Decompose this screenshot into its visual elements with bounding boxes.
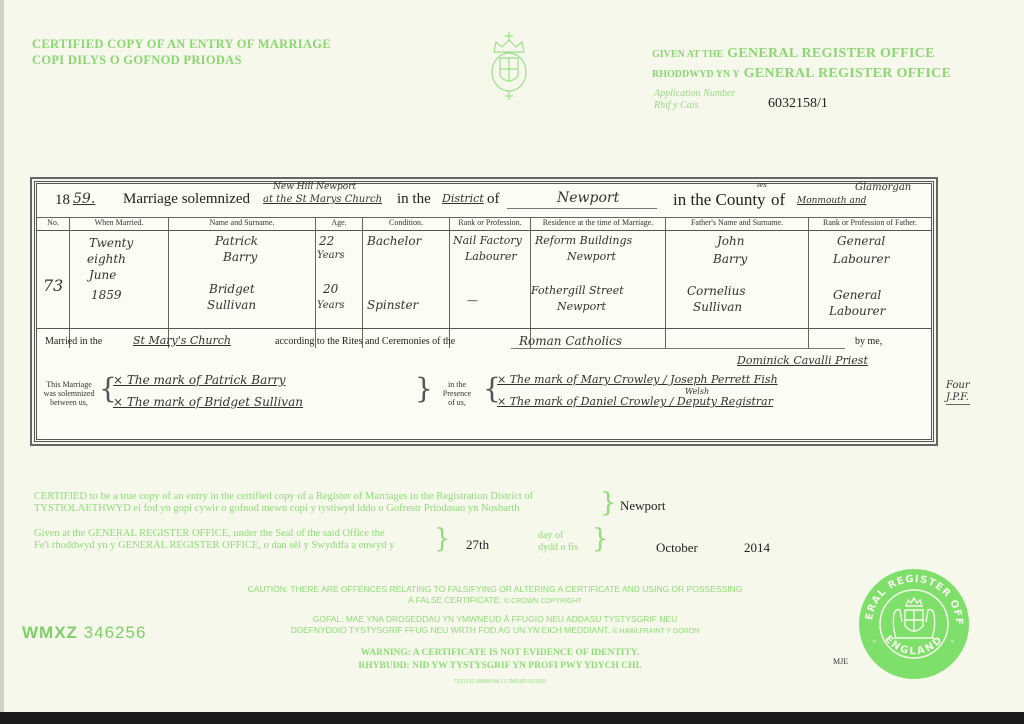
bride-residence-1: Fothergill Street xyxy=(531,284,624,297)
label-line: was solemnized xyxy=(39,389,99,398)
margin-note-line: Four xyxy=(946,380,970,392)
bride-name-2: Sullivan xyxy=(207,298,256,312)
label-line: in the xyxy=(433,380,481,389)
certified-statement: CERTIFIED to be a true copy of an entry … xyxy=(34,491,533,515)
certified-en: CERTIFIED to be a true copy of an entry … xyxy=(34,491,533,503)
certificate-serial: WMXZ 346256 xyxy=(22,623,146,643)
year-prefix: 18 xyxy=(55,192,70,209)
when-married-3: June xyxy=(89,268,116,282)
col-no: No. xyxy=(37,218,69,231)
svg-text:×: × xyxy=(872,637,877,646)
label-line: This Marriage xyxy=(39,380,99,389)
scan-bottom-edge xyxy=(0,712,1024,724)
entry-number: 73 xyxy=(43,276,63,295)
day-of-label: day of dydd o fis xyxy=(538,530,578,554)
caution-line-1: CAUTION: THERE ARE OFFENCES RELATING TO … xyxy=(180,584,810,595)
groom-father-profession-2: Labourer xyxy=(833,252,889,266)
given-en: Given at the GENERAL REGISTER OFFICE, un… xyxy=(34,528,395,540)
bride-residence-2: Newport xyxy=(557,300,606,313)
general-register-office-seal-icon: GENERAL REGISTER OFFICE ENGLAND × × xyxy=(858,568,970,680)
married-in-label: Married in the xyxy=(45,336,102,347)
col-name: Name and Surname. xyxy=(169,218,315,231)
groom-condition: Bachelor xyxy=(367,234,421,248)
bride-profession: — xyxy=(467,294,478,307)
place-line-1: New Hill Newport xyxy=(273,182,356,192)
print-codes: 7231132 69980 04/13 3MSSD 033293 xyxy=(290,679,710,685)
application-number-label-cy: Rhif y Cais xyxy=(654,100,735,112)
warning-cy: RHYBUDD: NID YW TYSTYSGRIF YN PROFI PWY … xyxy=(290,660,710,673)
warning-en: WARNING: A CERTIFICATE IS NOT EVIDENCE O… xyxy=(290,647,710,660)
scan-edge xyxy=(0,0,4,712)
application-number: 6032158/1 xyxy=(768,96,828,112)
day-of-cy: dydd o fis xyxy=(538,542,578,554)
gofal-line-2: DDEFNYDDIO TYSTYSGRIF FFUG NEU WRTH FOD … xyxy=(291,625,610,635)
bride-father-2: Sullivan xyxy=(693,300,742,314)
margin-note-line: J.P.F. xyxy=(946,392,970,405)
issue-day: 27th xyxy=(466,537,489,553)
royal-crest-icon xyxy=(482,30,536,104)
bride-name-1: Bridget xyxy=(209,282,255,296)
groom-age: 22 xyxy=(319,234,334,248)
in-the-label: in the xyxy=(397,191,431,208)
identity-warning: WARNING: A CERTIFICATE IS NOT EVIDENCE O… xyxy=(290,647,710,673)
brace: } xyxy=(434,524,451,554)
married-in-value: St Mary's Church xyxy=(133,334,231,347)
district-word: District xyxy=(442,192,484,205)
witness-2: × The mark of Daniel Crowley / Deputy Re… xyxy=(497,395,773,408)
place-line-2: at the St Marys Church xyxy=(263,194,382,205)
application-number-label-en: Application Number xyxy=(654,88,735,100)
serial-number: 346256 xyxy=(84,623,147,642)
groom-age-unit: Years xyxy=(317,250,345,261)
title-welsh: COPI DILYS O GOFNOD PRIODAS xyxy=(32,52,331,68)
groom-father-1: John xyxy=(717,234,745,248)
groom-father-profession-1: General xyxy=(837,234,885,248)
margin-note: Four J.P.F. xyxy=(946,380,970,405)
certificate-page: CERTIFIED COPY OF AN ENTRY OF MARRIAGE C… xyxy=(0,0,1024,712)
when-married-4: 1859 xyxy=(91,288,122,302)
caution-notice: CAUTION: THERE ARE OFFENCES RELATING TO … xyxy=(180,584,810,607)
issue-month: October xyxy=(656,540,698,556)
brace: } xyxy=(592,524,609,554)
hawlfraint: © HAWLFRAINT Y GORON xyxy=(612,628,699,635)
col-rank: Rank or Profession. xyxy=(450,218,530,231)
certified-cy: TYSTIOLAETHWYD ei fod yn gopi cywir o go… xyxy=(34,503,533,515)
bride-father-1: Cornelius xyxy=(687,284,746,298)
brace: } xyxy=(600,488,617,518)
bride-age-unit: Years xyxy=(317,300,345,311)
party-groom-mark: × The mark of Patrick Barry xyxy=(113,373,285,387)
label-line: of us, xyxy=(433,398,481,407)
issuing-office: GIVEN AT THE GENERAL REGISTER OFFICE RHO… xyxy=(652,44,951,84)
of-label: of xyxy=(487,191,500,208)
by-me-label: by me, xyxy=(855,336,882,347)
register-entry: 18 59. Marriage solemnized New Hill Newp… xyxy=(34,181,934,442)
witness-1: × The mark of Mary Crowley / Joseph Perr… xyxy=(497,373,778,386)
year-suffix: 59. xyxy=(73,191,95,207)
groom-father-2: Barry xyxy=(713,252,747,266)
groom-profession-2: Labourer xyxy=(465,250,517,263)
district-value: Newport xyxy=(557,190,619,206)
rites-value: Roman Catholics xyxy=(519,334,622,348)
row-bottom-rule xyxy=(37,328,931,329)
rites-underline xyxy=(511,348,845,349)
party-bride-mark: × The mark of Bridget Sullivan xyxy=(113,395,303,409)
bride-father-profession-2: Labourer xyxy=(829,304,885,318)
crown-copyright: © CROWN COPYRIGHT xyxy=(504,598,582,605)
bride-age: 20 xyxy=(323,282,338,296)
office-name-welsh: GENERAL REGISTER OFFICE xyxy=(744,66,952,81)
day-of-en: day of xyxy=(538,530,578,542)
groom-profession-1: Nail Factory xyxy=(453,234,522,247)
officiant: Dominick Cavalli Priest xyxy=(737,354,868,367)
registrar-initials: MJE xyxy=(833,657,848,666)
bride-father-profession-1: General xyxy=(833,288,881,302)
caution-notice-welsh: GOFAL: MAE YNA DROSEDDAU YN YMWNEUD Â FF… xyxy=(180,614,810,637)
serial-prefix: WMXZ xyxy=(22,623,78,642)
county-superscript: ies xyxy=(757,181,767,189)
district-underline xyxy=(507,208,657,209)
col-condition: Condition. xyxy=(363,218,449,231)
presence-label: in the Presence of us, xyxy=(433,380,481,407)
county-label: in the County xyxy=(673,190,766,210)
bride-condition: Spinster xyxy=(367,298,418,312)
application-number-label: Application Number Rhif y Cais xyxy=(654,88,735,112)
caution-line-2: A FALSE CERTIFICATE. xyxy=(408,595,502,605)
when-married-1: Twenty xyxy=(89,236,133,250)
groom-residence-1: Reform Buildings xyxy=(535,234,632,247)
certificate-title: CERTIFIED COPY OF AN ENTRY OF MARRIAGE C… xyxy=(32,36,331,68)
when-married-2: eighth xyxy=(87,252,126,266)
col-when-married: When Married. xyxy=(70,218,168,231)
groom-residence-2: Newport xyxy=(567,250,616,263)
col-residence: Residence at the time of Marriage. xyxy=(531,218,665,231)
label-line: Presence xyxy=(433,389,481,398)
given-statement: Given at the GENERAL REGISTER OFFICE, un… xyxy=(34,528,395,552)
county-line-1: Glamorgan xyxy=(855,182,911,193)
gofal-line-1: GOFAL: MAE YNA DROSEDDAU YN YMWNEUD Â FF… xyxy=(180,614,810,625)
given-at-label-welsh: RHODDWYD YN Y xyxy=(652,69,740,80)
groom-name-1: Patrick xyxy=(215,234,258,248)
title-english: CERTIFIED COPY OF AN ENTRY OF MARRIAGE xyxy=(32,36,331,52)
county-line-2: Monmouth and xyxy=(797,196,866,206)
county-of-label: of xyxy=(771,190,785,210)
col-father-name: Father's Name and Surname. xyxy=(666,218,808,231)
col-age: Age. xyxy=(316,218,362,231)
given-at-label: GIVEN AT THE xyxy=(652,49,723,60)
registration-district: Newport xyxy=(620,498,666,514)
groom-name-2: Barry xyxy=(223,250,257,264)
office-name: GENERAL REGISTER OFFICE xyxy=(727,46,935,61)
given-cy: Fe'i rhoddwyd yn y GENERAL REGISTER OFFI… xyxy=(34,540,395,552)
label-line: between us, xyxy=(39,398,99,407)
svg-text:×: × xyxy=(950,637,955,646)
right-brace: } xyxy=(415,372,433,405)
rites-label: according to the Rites and Ceremonies of… xyxy=(275,336,455,347)
marriage-solemnized-label: Marriage solemnized xyxy=(123,191,250,208)
col-father-rank: Rank or Profession of Father. xyxy=(809,218,931,231)
issue-year: 2014 xyxy=(744,540,770,556)
solemnized-between-label: This Marriage was solemnized between us, xyxy=(39,380,99,407)
